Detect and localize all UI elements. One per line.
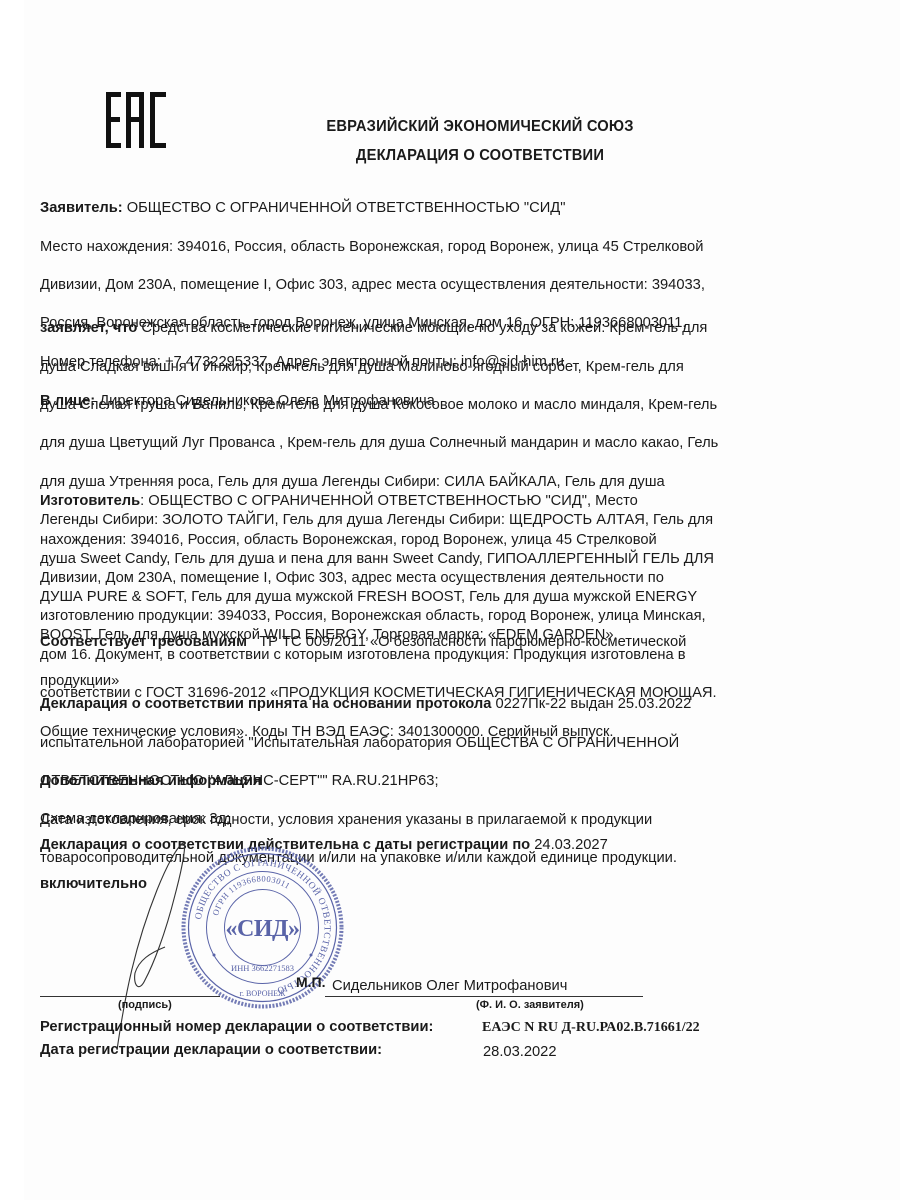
declares-line: душа Сладкая вишня и Инжир, Крем-гель дл…	[40, 358, 870, 377]
manufacturer-line: нахождения: 394016, Россия, область Воро…	[40, 531, 870, 550]
manufacturer-line: Дивизии, Дом 230А, помещение I, Офис 303…	[40, 569, 870, 588]
registration-date-label: Дата регистрации декларации о соответств…	[40, 1041, 870, 1060]
signer-name: Сидельников Олег Митрофанович	[332, 977, 632, 996]
compliance-regulation: ТР ТС 009/2011 «О безопасности парфюмерн…	[247, 634, 686, 650]
declares-line: душа Спелая груша и Ваниль, Крем-гель дл…	[40, 396, 870, 415]
declares-line: Средства косметические гигиенические мою…	[137, 320, 707, 336]
manufacturer-line: : ОБЩЕСТВО С ОГРАНИЧЕННОЙ ОТВЕТСТВЕННОСТ…	[140, 493, 638, 509]
header-union: ЕВРАЗИЙСКИЙ ЭКОНОМИЧЕСКИЙ СОЮЗ	[66, 118, 894, 136]
applicant-address-1: Место нахождения: 394016, Россия, област…	[40, 238, 870, 257]
basis-label: Декларация о соответствии принята на осн…	[40, 696, 491, 712]
applicant-address-2: Дивизии, Дом 230А, помещение I, Офис 303…	[40, 276, 870, 295]
registration-date-value: 28.03.2022	[483, 1043, 683, 1062]
signature-caption: (подпись)	[118, 999, 172, 1011]
additional-label: Дополнительная информация	[40, 773, 262, 789]
compliance-label: Соответствует требованиям	[40, 634, 247, 650]
svg-text:ИНН 3662271583: ИНН 3662271583	[231, 963, 294, 973]
registration-number-label: Регистрационный номер декларации о соотв…	[40, 1018, 870, 1037]
basis-lab-line: испытательной лабораторией "Испытательна…	[40, 734, 870, 753]
protocol-number: 0227Пк-22 выдан 25.03.2022	[491, 696, 691, 712]
svg-text:«СИД»: «СИД»	[225, 916, 299, 942]
applicant-name: ОБЩЕСТВО С ОГРАНИЧЕННОЙ ОТВЕТСТВЕННОСТЬЮ…	[123, 200, 566, 216]
declares-line: для душа Цветущий Луг Прованса , Крем-ге…	[40, 434, 870, 453]
name-caption: (Ф. И. О. заявителя)	[476, 999, 584, 1011]
mp-label: М.П.	[296, 974, 326, 990]
applicant-label: Заявитель:	[40, 200, 123, 216]
name-line	[325, 996, 643, 997]
header-title: ДЕКЛАРАЦИЯ О СООТВЕТСТВИИ	[66, 147, 894, 165]
registration-number-value: ЕАЭС N RU Д-RU.РА02.В.71661/22	[482, 1020, 700, 1036]
validity-date: 24.03.2027	[530, 837, 608, 853]
signature-line	[40, 996, 220, 997]
declares-label: заявляет, что	[40, 320, 137, 336]
svg-text:г. ВОРОНЕЖ: г. ВОРОНЕЖ	[240, 989, 286, 998]
manufacturer-label: Изготовитель	[40, 493, 140, 509]
